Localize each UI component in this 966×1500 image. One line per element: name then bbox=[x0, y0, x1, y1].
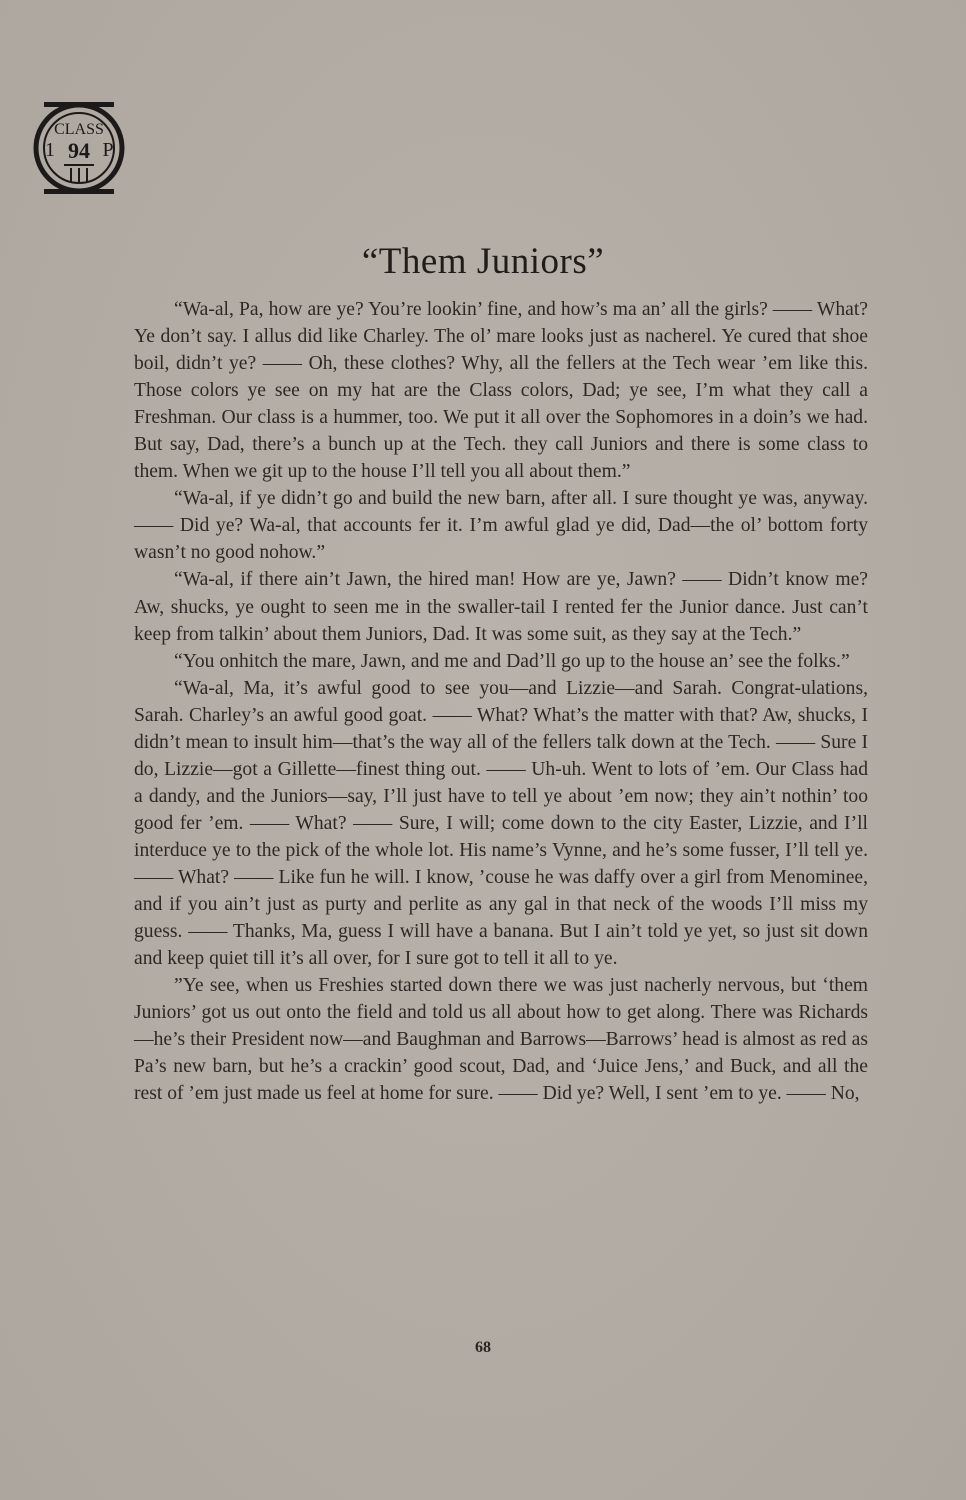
book-page: CLASS 94 1 P “Them Juniors” “Wa-al, Pa, … bbox=[0, 0, 966, 1500]
class-monogram-icon: CLASS 94 1 P bbox=[30, 100, 128, 196]
paragraph: ”Ye see, when us Freshies started down t… bbox=[134, 972, 868, 1107]
svg-text:CLASS: CLASS bbox=[54, 121, 104, 138]
paragraph: “Wa-al, if ye didn’t go and build the ne… bbox=[134, 485, 868, 566]
svg-text:94: 94 bbox=[68, 138, 90, 163]
paragraph: “Wa-al, Ma, it’s awful good to see you—a… bbox=[134, 675, 868, 973]
svg-text:P: P bbox=[102, 139, 113, 161]
article-body: “Wa-al, Pa, how are ye? You’re lookin’ f… bbox=[134, 296, 868, 1107]
paragraph: “Wa-al, if there ain’t Jawn, the hired m… bbox=[134, 566, 868, 647]
page-number: 68 bbox=[0, 1339, 966, 1357]
paragraph: “You onhitch the mare, Jawn, and me and … bbox=[134, 648, 868, 675]
svg-text:1: 1 bbox=[45, 139, 55, 161]
page-title: “Them Juniors” bbox=[0, 240, 966, 283]
paragraph: “Wa-al, Pa, how are ye? You’re lookin’ f… bbox=[134, 296, 868, 485]
